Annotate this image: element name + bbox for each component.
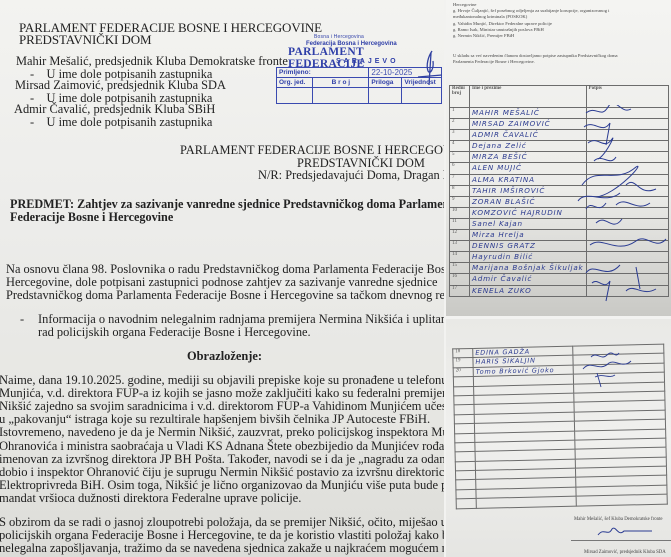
- para1-line: u „pakovanju“ istraga koje su rezultiral…: [0, 413, 430, 426]
- rt-note-line: Parlamenta Federacije Bosne i Hercegovin…: [453, 59, 535, 64]
- stamp-col-broj: B r o j: [313, 78, 369, 88]
- row-number: 7: [450, 174, 470, 185]
- row-number: [454, 405, 474, 415]
- row-number: 5: [450, 152, 470, 163]
- row-number: 20: [453, 367, 473, 377]
- rt-recips-line: g. Nermin Nikšić, Premijer FBiH: [453, 33, 514, 38]
- handwritten-signatures-icon: [579, 351, 639, 391]
- signatory-2: Mirsad Zaimović, predsjednik Kluba SDA: [584, 550, 666, 555]
- signature-list-page-1: Hercegovineg. Hrvoje Čuljanjić, šef pose…: [446, 0, 671, 316]
- col-header-name: Ime i prezime: [470, 86, 587, 108]
- row-number: [456, 499, 476, 509]
- stamp-country: Bosna i Hercegovina: [314, 34, 364, 40]
- row-name: Marijana Bošnjak Šikuljak: [470, 263, 587, 274]
- rt-recips-line: g. Ramo Isak, Ministar unutrašnjih poslo…: [453, 27, 544, 32]
- row-number: 10: [450, 207, 470, 218]
- row-number: [455, 433, 475, 443]
- row-number: [456, 489, 476, 499]
- row-number: 11: [450, 218, 470, 229]
- row-name: TAHIR IMŠIROVIĆ: [470, 185, 587, 196]
- agenda-bullet: -: [20, 313, 24, 326]
- row-number: [454, 414, 474, 424]
- row-name: MIRZA BEŠIĆ: [470, 152, 587, 163]
- para1-line: Istovremeno, navedeno je da je Nermin Ni…: [0, 426, 444, 439]
- para1-line: mandat vršioca dužnosti direktora Federa…: [0, 492, 301, 505]
- row-name: Hayrudin Bilić: [470, 252, 587, 263]
- row-name: Dejana Zelić: [470, 141, 587, 152]
- row-number: [454, 386, 474, 396]
- row-name: ZORAN BLAŠIĆ: [470, 196, 587, 207]
- row-name: ALEN MUJIĆ: [470, 163, 587, 174]
- row-name: MAHIR MEŠALIĆ: [470, 108, 587, 119]
- recipient-line3: N/R: Predsjedavajući Doma, Dragan Miokov…: [258, 169, 444, 182]
- col-header-number: Redni broj: [450, 86, 470, 108]
- row-number: [455, 442, 475, 452]
- row-number: [453, 377, 473, 387]
- signatory-1: Mahir Mešalić, šef Kluba Demokratske fro…: [574, 517, 662, 522]
- row-number: 18: [453, 348, 473, 358]
- rt-recips-line: g. Hrvoje Čuljanjić, šef posebnog odjelj…: [453, 8, 609, 13]
- stamp-col-prilog: Priloga: [369, 78, 402, 88]
- row-number: 3: [450, 130, 470, 141]
- para2-line: nelegalna zapošljavanja, tražimo da se n…: [0, 542, 444, 555]
- row-name: MIRSAD ZAIMOVIĆ: [470, 119, 587, 130]
- para2-line: S obzirom da se radi o jasnoj zloupotreb…: [0, 516, 444, 529]
- row-number: 19: [453, 358, 473, 368]
- row-number: 2: [450, 119, 470, 130]
- row-number: 1: [450, 108, 470, 119]
- row-number: [454, 395, 474, 405]
- para1-line: Nikšić zajedno sa svojim saradnicima i v…: [0, 400, 444, 413]
- row-name: DENNIS GRATZ: [470, 241, 587, 252]
- stamp-received-label: Primljeno:: [277, 68, 369, 78]
- row-number: 8: [450, 185, 470, 196]
- row-name: ADMIR ČAVALIĆ: [470, 130, 587, 141]
- signature-list-page-2: 18EDINA GADŽA19HARIS SIKALJIN20Tomo Brko…: [446, 319, 671, 557]
- row-number: [455, 452, 475, 462]
- agenda-line2: rad policijskih organa Federacije Bosne …: [38, 326, 311, 339]
- para1-line: Naime, dana 19.10.2025. godine, mediji s…: [0, 374, 444, 387]
- para1-line: Munjića, v.d. direktora FUP-a iz kojih s…: [0, 387, 444, 400]
- stamp-col-org: Org. jed.: [277, 78, 313, 88]
- row-name: KOMZOVIĆ HAJRUDIN: [470, 207, 587, 218]
- sender-3-note: - U ime dole potpisanih zastupnika: [30, 116, 212, 129]
- row-number: [455, 471, 475, 481]
- parliament-header-line2: PREDSTAVNIČKI DOM: [19, 33, 151, 46]
- row-name: [476, 496, 576, 508]
- stamp-city: SARAJEVO: [336, 58, 399, 65]
- row-number: [454, 424, 474, 434]
- row-number: 13: [450, 241, 470, 252]
- row-number: 16: [450, 274, 470, 285]
- row-number: 12: [450, 230, 470, 241]
- row-signature: [576, 494, 667, 505]
- para1-line: imenovan za izvršnog direktora JP BH Poš…: [0, 453, 444, 466]
- para2-line: policijskih organa Federacije Bosne i He…: [0, 529, 444, 542]
- row-number: 9: [450, 196, 470, 207]
- handwritten-signatures-icon: [576, 105, 671, 305]
- para1-line: Elektroprivreda BiH. Osim toga, Nikšić j…: [0, 479, 444, 492]
- intro-line3: Predstavničkog doma Parlamenta Federacij…: [6, 289, 444, 302]
- rt-recips-line: Hercegovine: [453, 2, 476, 7]
- subject-line2: Federacije Bosne i Hercegovine: [10, 211, 173, 224]
- para1-line: Ohranovića i ministra saobraćaja u Vladi…: [0, 440, 444, 453]
- received-stamp: Bosna i Hercegovina Federacija Bosna i H…: [274, 33, 442, 103]
- explanation-heading: Obrazloženje:: [187, 350, 262, 363]
- row-name: ALMA KRATINA: [470, 174, 587, 185]
- rt-note-line: U skladu sa već navedenim članom dostavl…: [453, 53, 618, 58]
- row-name: Mirza Hrelja: [470, 230, 587, 241]
- stamp-signature-icon: [414, 47, 444, 87]
- row-number: 6: [450, 163, 470, 174]
- signature-line: [571, 540, 671, 541]
- row-name: KENELA ZUKO: [470, 285, 587, 296]
- rt-recips-line: međukantonalnog kriminala (POSKOK): [453, 14, 527, 19]
- row-number: [456, 480, 476, 490]
- signature-mesalic-icon: [596, 525, 656, 539]
- row-name: Admir Čavalić: [470, 274, 587, 285]
- main-letter-page: PARLAMENT FEDERACIJE BOSNE I HERCEGOVINE…: [0, 0, 444, 557]
- row-number: 14: [450, 252, 470, 263]
- para1-line: dobio i inspektor Ohranović čiju je supr…: [0, 466, 444, 479]
- rt-recips-line: g. Vahidin Munjić, Direktor Federalne up…: [453, 21, 552, 26]
- row-name: Sanel Kajan: [470, 218, 587, 229]
- row-number: [455, 461, 475, 471]
- row-number: 4: [450, 141, 470, 152]
- row-number: 15: [450, 263, 470, 274]
- row-number: 17: [450, 285, 470, 296]
